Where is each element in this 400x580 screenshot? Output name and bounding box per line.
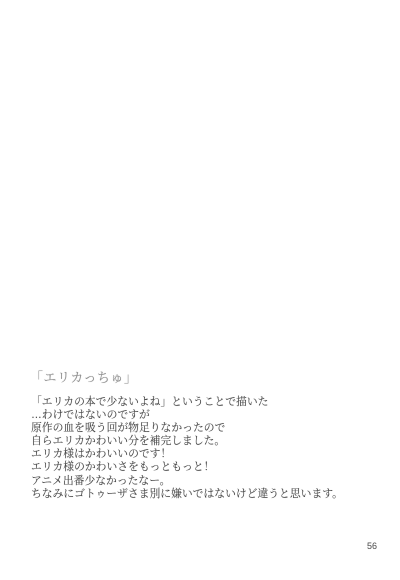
afterword-body: 「エリカの本で少ないよね」ということで描いた …わけではないのですが 原作の血を… [31,396,343,501]
afterword-line: 「エリカの本で少ないよね」ということで描いた [31,396,343,409]
afterword-title: 「エリカっちゅ」 [30,370,137,386]
afterword-line: ちなみにゴトゥーザさま別に嫌いではないけど違うと思います。 [31,488,343,501]
scanned-document-page: 「エリカっちゅ」 「エリカの本で少ないよね」ということで描いた …わけではないの… [0,0,400,580]
afterword-line: エリカ様はかわいいのです！ [31,448,343,461]
afterword-line: 原作の血を吸う回が物足りなかったので [31,422,343,435]
afterword-line: エリカ様のかわいさをもっともっと！ [31,461,343,474]
afterword-line: 自らエリカかわいい分を補完しました。 [31,435,343,448]
afterword-line: アニメ出番少なかったなー。 [31,475,343,488]
afterword-line: …わけではないのですが [31,409,343,422]
page-number: 56 [367,541,377,551]
